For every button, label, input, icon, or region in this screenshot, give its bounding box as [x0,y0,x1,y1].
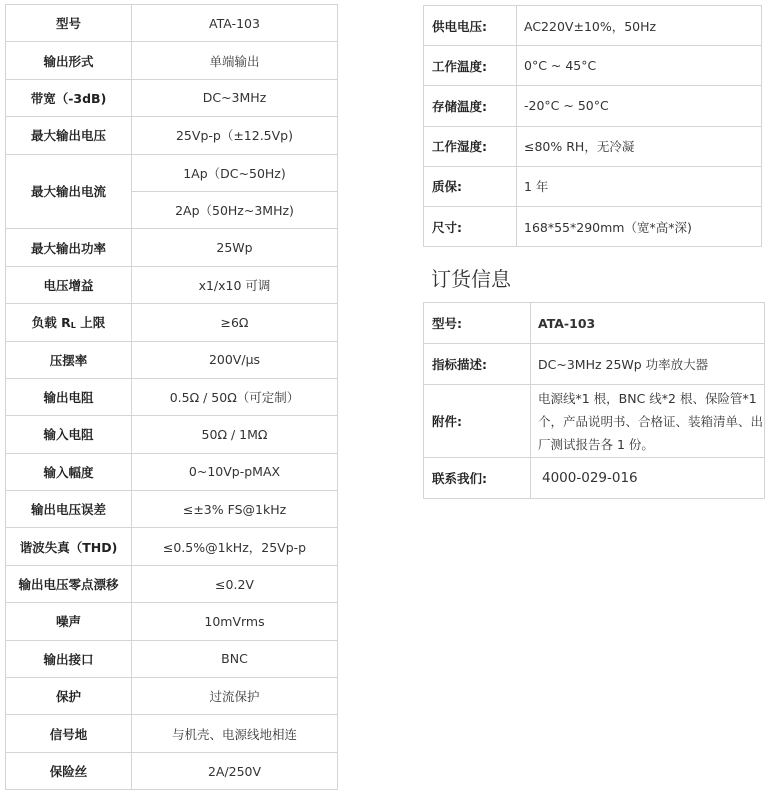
spec-label: 最大输出功率 [6,229,132,266]
spec-value: 过流保护 [132,678,338,715]
table-row: 保护 过流保护 [6,678,338,715]
spec-value: 1 年 [517,166,762,206]
order-label: 指标描述: [424,344,531,385]
spec-value: -20°C ~ 50°C [517,86,762,126]
table-row: 型号 ATA-103 [6,5,338,42]
spec-value: 0~10Vp-pMAX [132,453,338,490]
spec-value: x1/x10 可调 [132,266,338,303]
spec-value: 200V/μs [132,341,338,378]
spec-label: 最大输出电流 [6,154,132,229]
spec-label: 工作湿度: [424,126,517,166]
spec-label: 输出电压零点漂移 [6,565,132,602]
description-value: DC~3MHz 25Wp 功率放大器 [531,344,765,385]
spec-table-right: 供电电压: AC220V±10%，50Hz 工作温度: 0°C ~ 45°C 存… [423,5,762,247]
spec-value: 0°C ~ 45°C [517,46,762,86]
spec-label: 噪声 [6,603,132,640]
spec-value: 25Vp-p（±12.5Vp) [132,117,338,154]
table-row: 供电电压: AC220V±10%，50Hz [424,6,762,46]
table-row: 工作湿度: ≤80% RH，无冷凝 [424,126,762,166]
table-row: 最大输出电压 25Vp-p（±12.5Vp) [6,117,338,154]
spec-table-left: 型号 ATA-103 输出形式 单端输出 带宽（-3dB) DC~3MHz 最大… [5,4,338,790]
table-row: 带宽（-3dB) DC~3MHz [6,79,338,116]
table-row: 输出形式 单端输出 [6,42,338,79]
spec-value: 10mVrms [132,603,338,640]
spec-value: DC~3MHz [132,79,338,116]
label-suffix: 上限 [76,315,105,330]
table-row: 输出电压误差 ≤±3% FS@1kHz [6,491,338,528]
table-row: 输出接口 BNC [6,640,338,677]
spec-value: 168*55*290mm（宽*高*深) [517,206,762,246]
spec-value: 与机壳、电源线地相连 [132,715,338,752]
spec-value: ≤±3% FS@1kHz [132,491,338,528]
contact-phone: 4000-029-016 [531,458,765,499]
spec-label: 存储温度: [424,86,517,126]
table-row: 存储温度: -20°C ~ 50°C [424,86,762,126]
spec-label: 尺寸: [424,206,517,246]
spec-value: 2Ap（50Hz~3MHz) [132,191,338,228]
spec-value: 2A/250V [132,752,338,789]
model-value: ATA-103 [531,303,765,344]
table-row: 输出电压零点漂移 ≤0.2V [6,565,338,602]
spec-value: ≥6Ω [132,304,338,341]
order-info-heading: 订货信息 [431,263,511,292]
table-row: 附件: 电源线*1 根，BNC 线*2 根、保险管*1 个，产品说明书、合格证、… [424,385,765,458]
table-row: 质保: 1 年 [424,166,762,206]
spec-value: 单端输出 [132,42,338,79]
spec-value: 50Ω / 1MΩ [132,416,338,453]
spec-label: 输入幅度 [6,453,132,490]
table-row: 谐波失真（THD) ≤0.5%@1kHz，25Vp-p [6,528,338,565]
table-row: 最大输出电流 1Ap（DC~50Hz) [6,154,338,191]
spec-value: ≤80% RH，无冷凝 [517,126,762,166]
table-row: 联系我们: 4000-029-016 [424,458,765,499]
spec-value: ≤0.5%@1kHz，25Vp-p [132,528,338,565]
table-row: 信号地 与机壳、电源线地相连 [6,715,338,752]
spec-value: BNC [132,640,338,677]
spec-value: AC220V±10%，50Hz [517,6,762,46]
spec-label: 保险丝 [6,752,132,789]
table-row: 负载 RL 上限 ≥6Ω [6,304,338,341]
spec-label: 最大输出电压 [6,117,132,154]
spec-label: 输入电阻 [6,416,132,453]
spec-label: 负载 RL 上限 [6,304,132,341]
table-row: 指标描述: DC~3MHz 25Wp 功率放大器 [424,344,765,385]
spec-label: 供电电压: [424,6,517,46]
accessories-value: 电源线*1 根，BNC 线*2 根、保险管*1 个，产品说明书、合格证、装箱清单… [531,385,765,458]
spec-label: 保护 [6,678,132,715]
table-row: 保险丝 2A/250V [6,752,338,789]
table-row: 输入电阻 50Ω / 1MΩ [6,416,338,453]
order-label: 附件: [424,385,531,458]
spec-label: 带宽（-3dB) [6,79,132,116]
spec-value: ≤0.2V [132,565,338,602]
table-row: 噪声 10mVrms [6,603,338,640]
table-row: 最大输出功率 25Wp [6,229,338,266]
order-label: 联系我们: [424,458,531,499]
spec-label: 型号 [6,5,132,42]
table-row: 输入幅度 0~10Vp-pMAX [6,453,338,490]
table-row: 型号: ATA-103 [424,303,765,344]
table-row: 工作温度: 0°C ~ 45°C [424,46,762,86]
spec-label: 电压增益 [6,266,132,303]
spec-label: 信号地 [6,715,132,752]
table-row: 输出电阻 0.5Ω / 50Ω（可定制） [6,378,338,415]
order-label: 型号: [424,303,531,344]
spec-label: 输出接口 [6,640,132,677]
spec-value: 25Wp [132,229,338,266]
spec-label: 工作温度: [424,46,517,86]
spec-label: 输出形式 [6,42,132,79]
order-info-table: 型号: ATA-103 指标描述: DC~3MHz 25Wp 功率放大器 附件:… [423,302,765,499]
spec-value: 0.5Ω / 50Ω（可定制） [132,378,338,415]
spec-label: 输出电阻 [6,378,132,415]
spec-label: 谐波失真（THD) [6,528,132,565]
table-row: 尺寸: 168*55*290mm（宽*高*深) [424,206,762,246]
spec-value: ATA-103 [132,5,338,42]
spec-label: 压摆率 [6,341,132,378]
table-row: 电压增益 x1/x10 可调 [6,266,338,303]
table-row: 压摆率 200V/μs [6,341,338,378]
label-prefix: 负载 R [32,315,71,330]
spec-value: 1Ap（DC~50Hz) [132,154,338,191]
spec-label: 质保: [424,166,517,206]
spec-label: 输出电压误差 [6,491,132,528]
